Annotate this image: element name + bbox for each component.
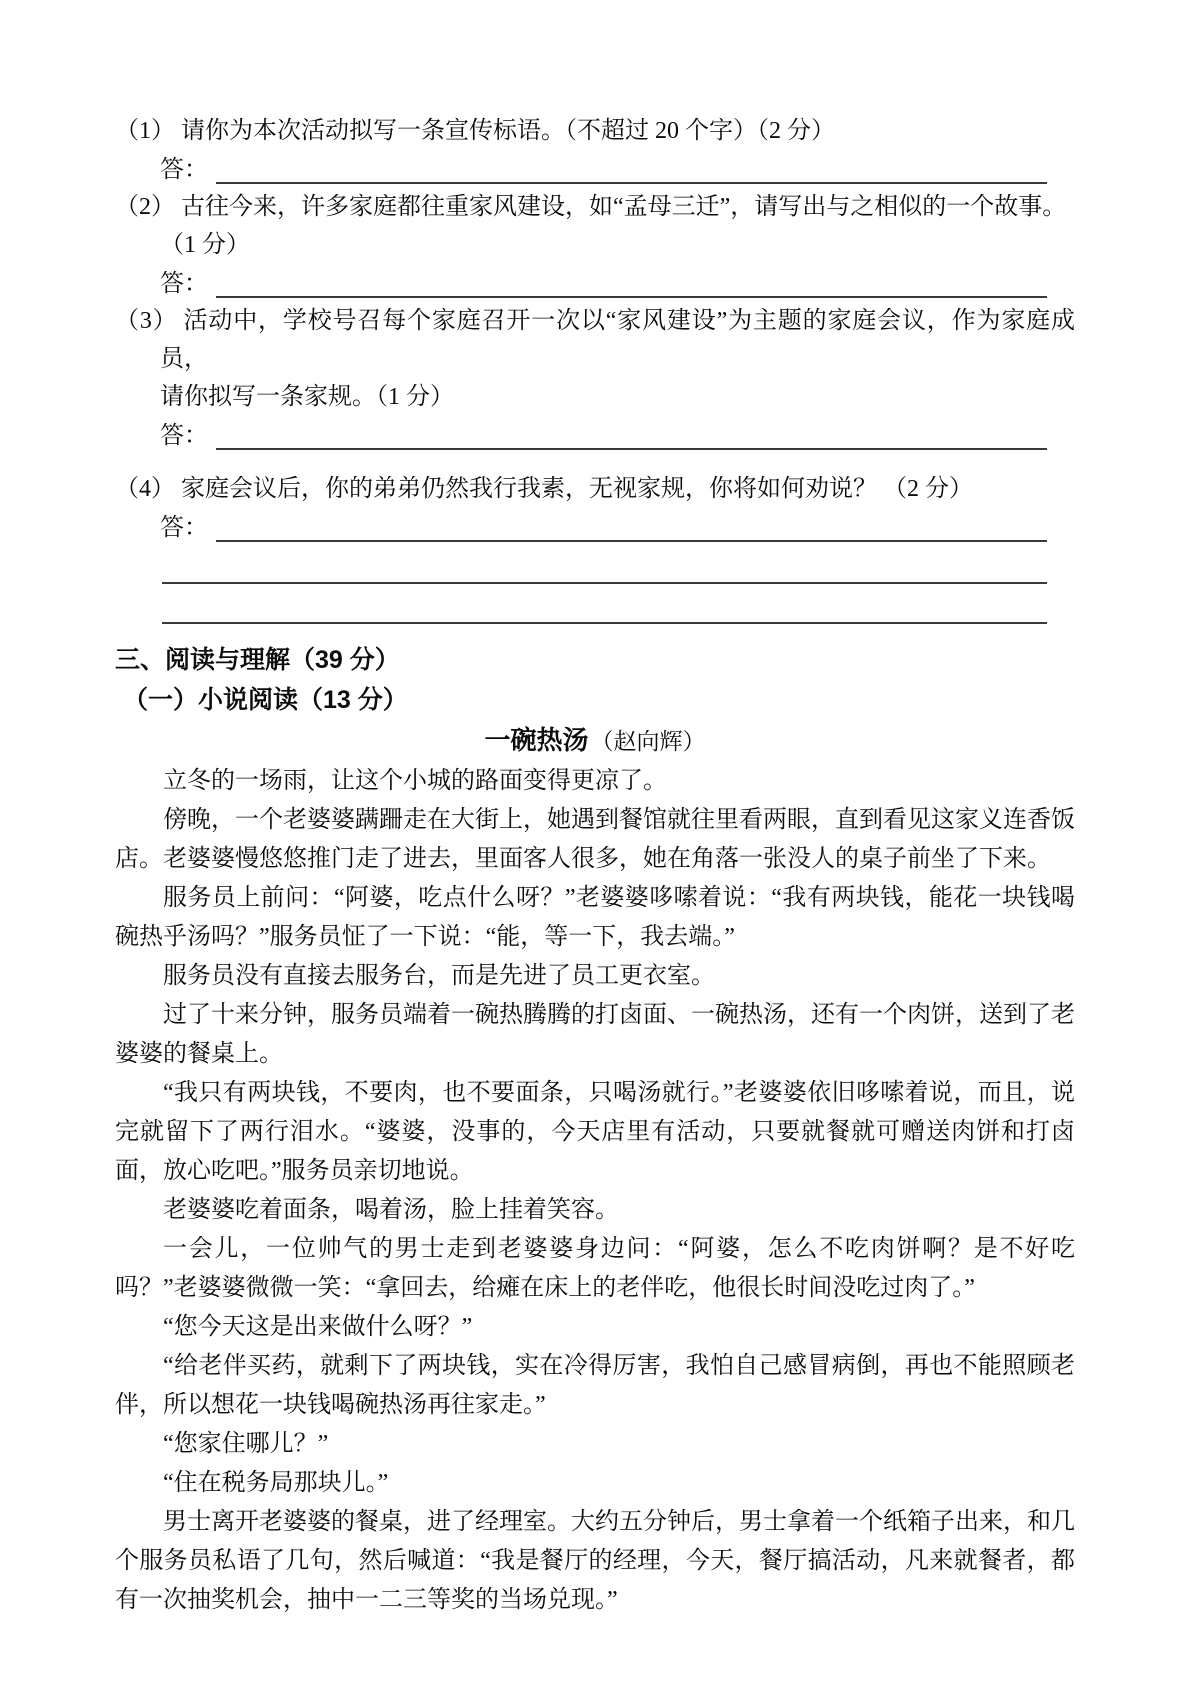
story-paragraph: 立冬的一场雨，让这个小城的路面变得更凉了。	[115, 762, 1075, 801]
answer-blank-line	[162, 584, 1047, 624]
answer-blank	[216, 416, 1047, 450]
answer-prefix: 答：	[160, 508, 208, 546]
question-1-label: （1）	[115, 118, 175, 144]
question-3-text-line1: 活动中，学校号召每个家庭召开一次以“家风建设”为主题的家庭会议，作为家庭成员，	[160, 308, 1075, 372]
answer-blank	[216, 264, 1047, 298]
question-4: （4）家庭会议后，你的弟弟仍然我行我素，无视家规，你将如何劝说？ （2 分）	[115, 470, 1075, 508]
story-paragraph: “给老伴买药，就剩下了两块钱，实在冷得厉害，我怕自己感冒病倒，再也不能照顾老伴，…	[115, 1347, 1075, 1425]
answer-blank	[216, 508, 1047, 542]
question-2-score: （1 分）	[115, 226, 1075, 264]
section-heading: 三、阅读与理解（39 分）	[115, 640, 1075, 680]
story-block: 一碗热汤（赵向辉） 立冬的一场雨，让这个小城的路面变得更凉了。 傍晚，一个老婆婆…	[115, 720, 1075, 1620]
story-paragraph: “我只有两块钱，不要肉，也不要面条，只喝汤就行。”老婆婆依旧哆嗦着说，而且，说完…	[115, 1074, 1075, 1191]
story-title-text: 一碗热汤	[484, 725, 588, 755]
story-paragraph: 一会儿，一位帅气的男士走到老婆婆身边问：“阿婆，怎么不吃肉饼啊？是不好吃吗？”老…	[115, 1230, 1075, 1308]
answer-row-2: 答：	[115, 264, 1047, 302]
question-3-text-line2: 请你拟写一条家规。（1 分）	[115, 378, 1075, 416]
question-2-text: 古往今来，许多家庭都往重家风建设，如“孟母三迁”，请写出与之相似的一个故事。	[181, 194, 1066, 220]
story-paragraph: 服务员没有直接去服务台，而是先进了员工更衣室。	[115, 957, 1075, 996]
question-1-text: 请你为本次活动拟写一条宣传标语。（不超过 20 个字）（2 分）	[181, 118, 835, 144]
answer-prefix: 答：	[160, 150, 208, 188]
answer-row-3: 答：	[115, 416, 1047, 454]
story-paragraph: 过了十来分钟，服务员端着一碗热腾腾的打卤面、一碗热汤，还有一个肉饼，送到了老婆婆…	[115, 996, 1075, 1074]
question-3: （3）活动中，学校号召每个家庭召开一次以“家风建设”为主题的家庭会议，作为家庭成…	[115, 302, 1075, 378]
story-paragraph: 傍晚，一个老婆婆蹒跚走在大街上，她遇到餐馆就往里看两眼，直到看见这家义连香饭店。…	[115, 801, 1075, 879]
subsection-heading: （一）小说阅读（13 分）	[115, 680, 1075, 720]
answer-blank	[216, 150, 1047, 184]
question-1: （1）请你为本次活动拟写一条宣传标语。（不超过 20 个字）（2 分）	[115, 112, 1075, 150]
answer-row-4: 答：	[115, 508, 1047, 546]
answer-blank-line	[162, 546, 1047, 584]
story-author: （赵向辉）	[591, 729, 706, 754]
answer-row-1: 答：	[115, 150, 1047, 188]
question-4-text: 家庭会议后，你的弟弟仍然我行我素，无视家规，你将如何劝说？ （2 分）	[181, 476, 973, 502]
answer-prefix: 答：	[160, 264, 208, 302]
question-2: （2）古往今来，许多家庭都往重家风建设，如“孟母三迁”，请写出与之相似的一个故事…	[115, 188, 1075, 226]
story-paragraph: 服务员上前问：“阿婆，吃点什么呀？”老婆婆哆嗦着说：“我有两块钱，能花一块钱喝碗…	[115, 879, 1075, 957]
story-paragraph: “您今天这是出来做什么呀？”	[115, 1308, 1075, 1347]
answer-prefix: 答：	[160, 416, 208, 454]
story-paragraph: “住在税务局那块儿。”	[115, 1464, 1075, 1503]
question-3-label: （3）	[115, 308, 178, 334]
story-paragraph: “您家住哪儿？”	[115, 1425, 1075, 1464]
exam-page: （1）请你为本次活动拟写一条宣传标语。（不超过 20 个字）（2 分） 答： （…	[0, 0, 1191, 1684]
question-4-label: （4）	[115, 476, 175, 502]
story-paragraph: 男士离开老婆婆的餐桌，进了经理室。大约五分钟后，男士拿着一个纸箱子出来，和几个服…	[115, 1503, 1075, 1620]
story-paragraph: 老婆婆吃着面条，喝着汤，脸上挂着笑容。	[115, 1191, 1075, 1230]
question-2-label: （2）	[115, 194, 175, 220]
story-title: 一碗热汤（赵向辉）	[115, 720, 1075, 762]
